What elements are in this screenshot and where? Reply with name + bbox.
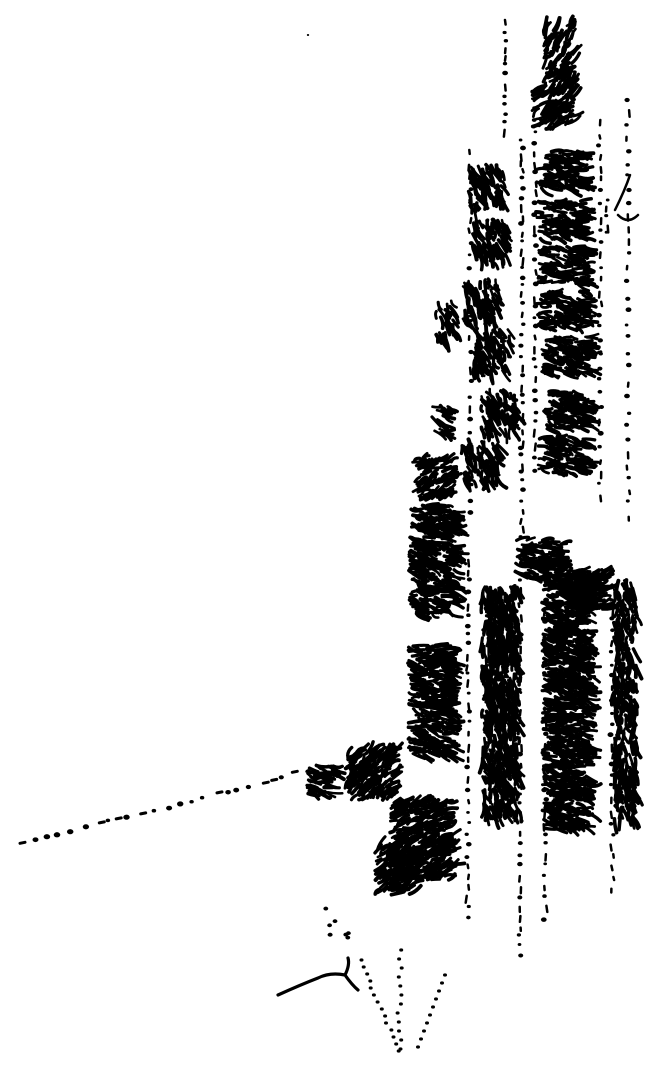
illustration bbox=[0, 0, 647, 1079]
tower-drawing bbox=[0, 0, 647, 1079]
